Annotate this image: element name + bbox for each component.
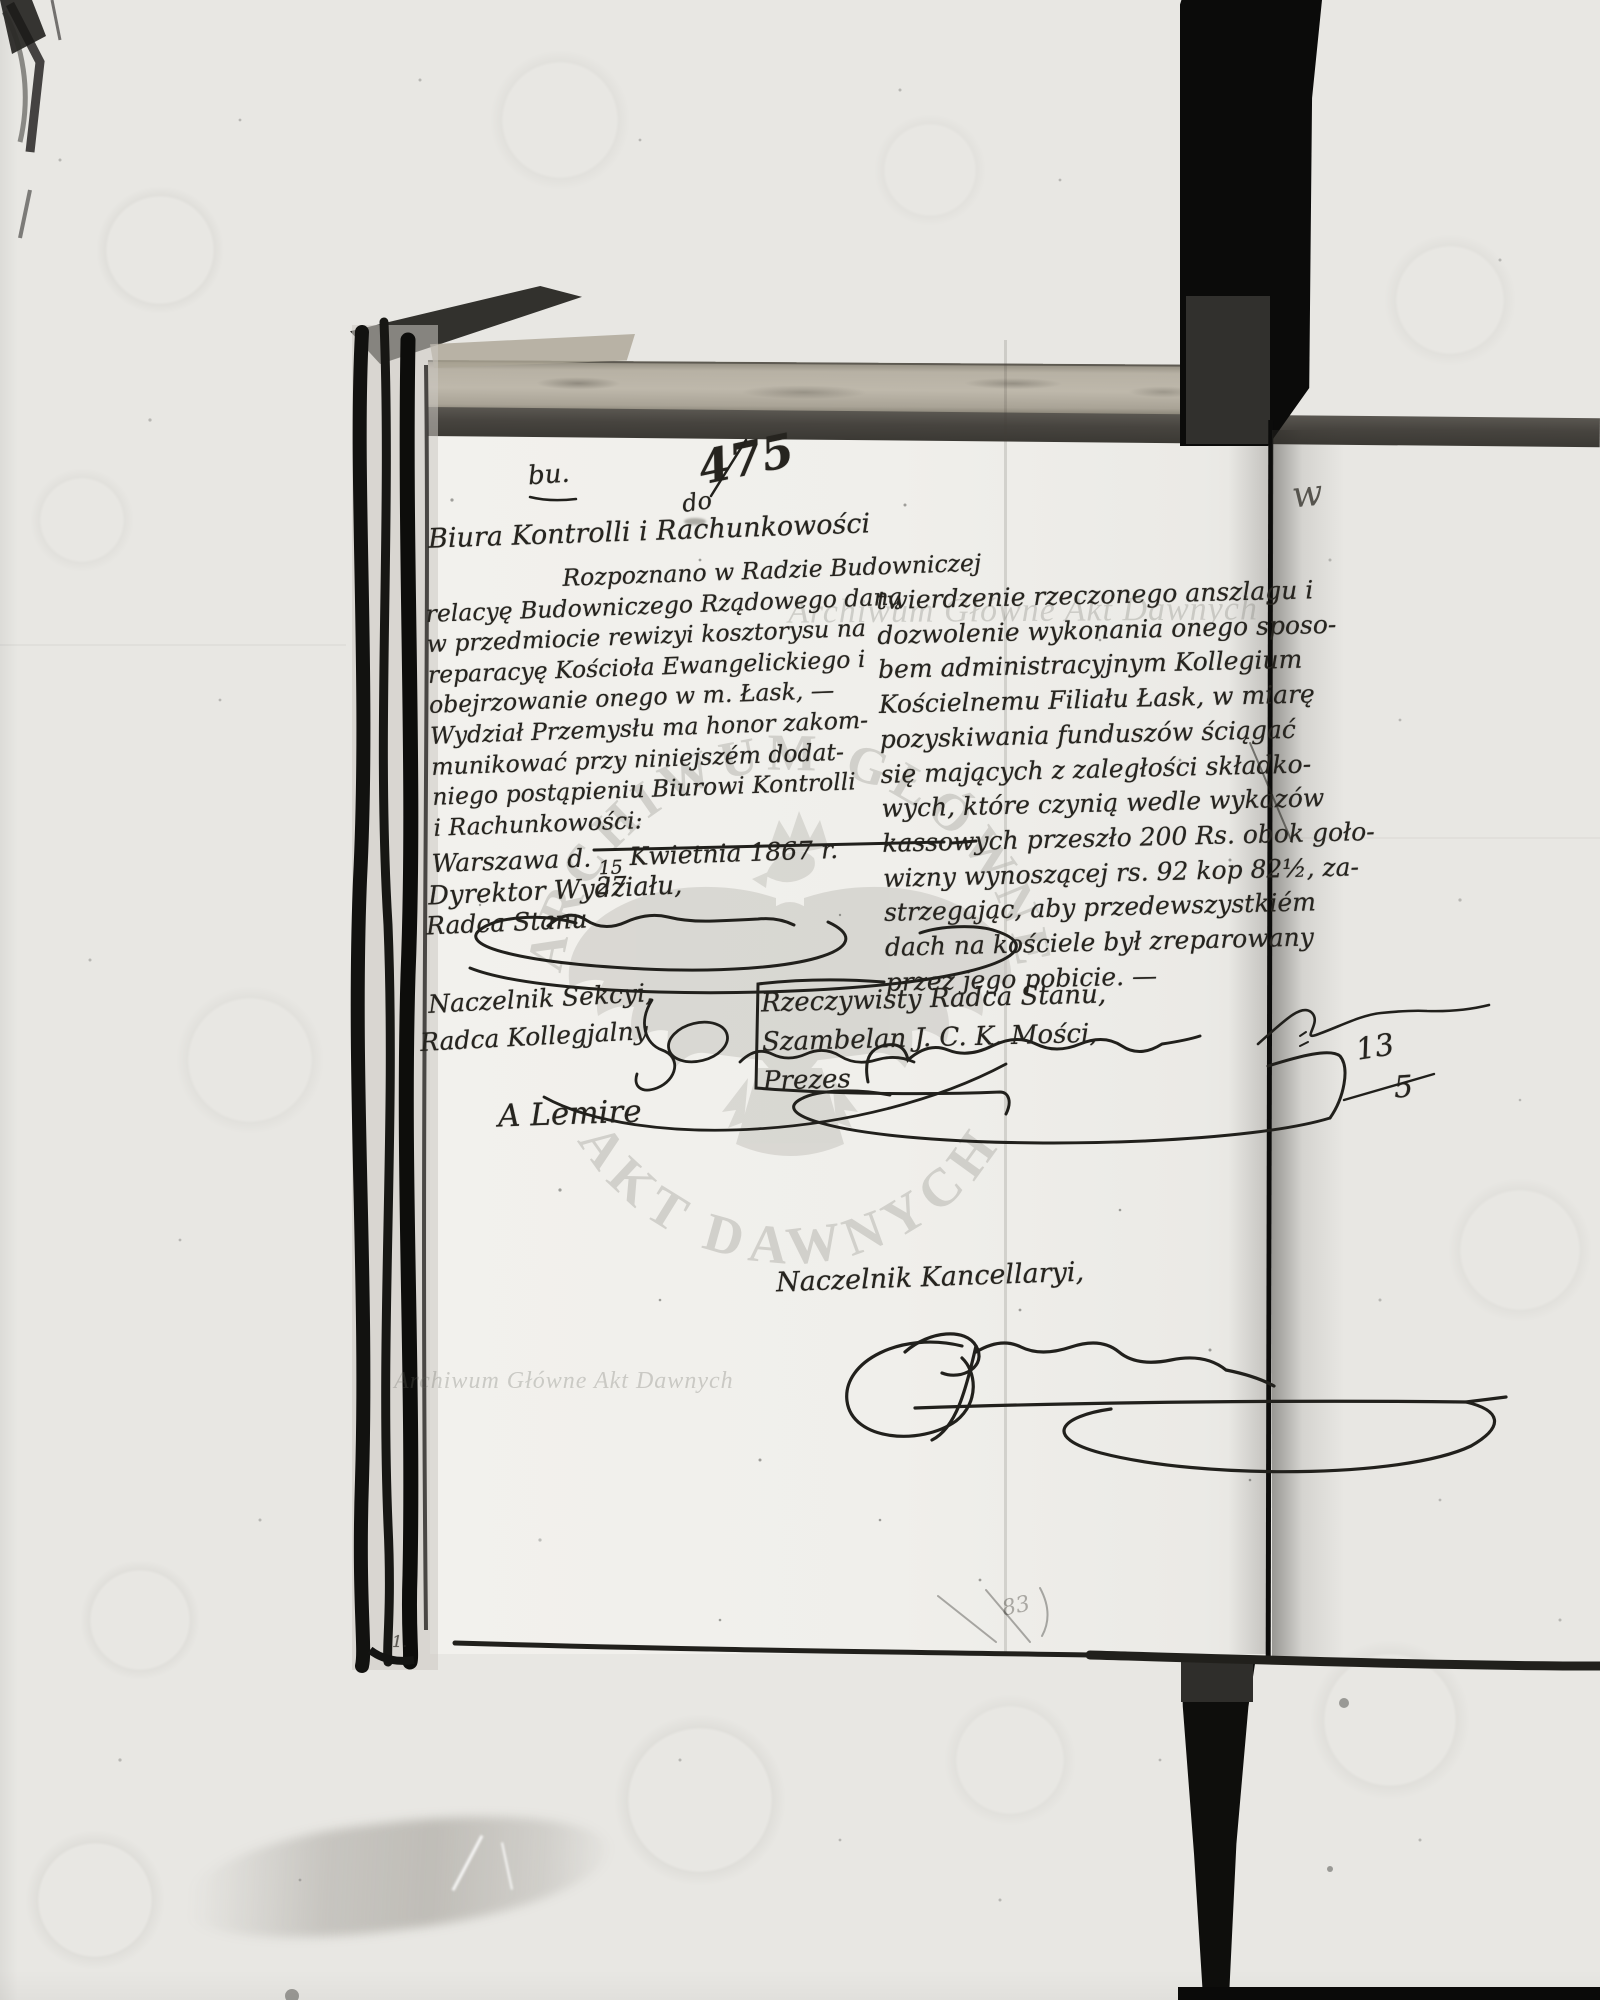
dust-specks (0, 0, 1600, 2000)
scanned-archival-document: { "watermarks": { "italic_text": "Archiw… (0, 0, 1600, 2000)
